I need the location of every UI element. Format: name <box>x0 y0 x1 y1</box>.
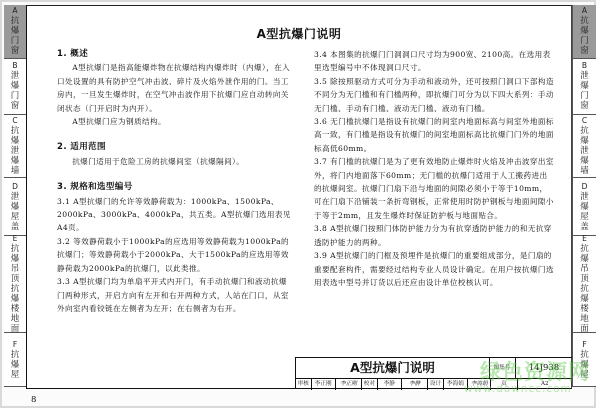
chapter-tab-char: 门 <box>11 36 20 46</box>
chapter-tab-char: 泄 <box>580 192 589 202</box>
chapter-tab-char: 顶 <box>11 274 20 284</box>
chapter-tab-char: 楼 <box>580 304 589 314</box>
chapter-tab-char: 窗 <box>580 46 589 56</box>
clause-3-5: 3.5 除按照驱动方式可分为手动和液动外，还可按照门洞口下部构造不同分为无门槛和… <box>314 75 554 115</box>
section-3-heading: 3. 规格和选型编号 <box>57 181 294 194</box>
chapter-tab-char: 门 <box>580 36 589 46</box>
chapter-tab-char: 爆 <box>11 136 20 146</box>
right-chapter-tabs: A抗爆门窗B泄爆门窗C抗爆泄爆墙D泄爆屋盖E抗爆吊顶抗爆楼地面F抗爆屋 <box>572 5 596 387</box>
chapter-tab-char: 爆 <box>580 26 589 36</box>
chapter-tab-char: 盖 <box>580 222 589 232</box>
chapter-tab-char: 抗 <box>11 244 20 254</box>
chapter-tab-char: 爆 <box>580 254 589 264</box>
chapter-tab-char: 爆 <box>11 254 20 264</box>
watermark-logo: 绿色资源网 <box>480 356 596 386</box>
chapter-tab-letter: D <box>12 182 18 192</box>
chapter-tab-char: 盖 <box>11 222 20 232</box>
chapter-tab-e[interactable]: E抗爆吊顶抗爆楼地面 <box>4 236 26 333</box>
chapter-tab-letter: B <box>582 61 587 71</box>
chapter-tab-letter: D <box>582 182 588 192</box>
clause-3-9: 3.9 A型抗爆门的门框及预埋件是抗爆门的重要组成部分，是门扇的重要配套构件，需… <box>314 249 554 289</box>
chapter-tab-char: 爆 <box>580 156 589 166</box>
chapter-tab-char: 屋 <box>11 370 20 380</box>
chapter-tab-char: 抗 <box>580 244 589 254</box>
chapter-tab-letter: E <box>582 234 587 244</box>
chapter-tab-char: 泄 <box>11 71 20 81</box>
chapter-tab-char: 泄 <box>11 192 20 202</box>
chapter-tab-char: 抗 <box>580 284 589 294</box>
chapter-tab-char: 吊 <box>580 264 589 274</box>
chapter-tab-letter: E <box>13 234 18 244</box>
section-2-paragraph: 抗爆门适用于危险工房的抗爆间室（抗爆隔间）。 <box>57 155 294 168</box>
right-text-column: 3.4 本图集的抗爆门门洞洞口尺寸均为900宽、2100高。在选用表里选型编号中… <box>314 48 554 289</box>
chapter-tab-a[interactable]: A抗爆门窗 <box>573 5 596 59</box>
title-block-title: A型抗爆门说明 <box>296 358 490 378</box>
chapter-tab-char: 爆 <box>11 81 20 91</box>
chapter-tab-letter: F <box>13 340 17 350</box>
chapter-tab-char: 窗 <box>11 46 20 56</box>
chapter-tab-char: 门 <box>580 91 589 101</box>
chapter-tab-char: 抗 <box>11 126 20 136</box>
chapter-tab-letter: C <box>12 116 17 126</box>
review-signature: 李正刚 <box>336 379 362 390</box>
chapter-tab-char: 地 <box>580 314 589 324</box>
chapter-tab-c[interactable]: C抗爆泄爆墙 <box>4 115 26 179</box>
chapter-tab-char: 楼 <box>11 304 20 314</box>
chapter-tab-char: 墙 <box>11 166 20 176</box>
chapter-tab-f[interactable]: F抗爆屋 <box>4 333 26 387</box>
chapter-tab-char: 抗 <box>11 284 20 294</box>
chapter-tab-d[interactable]: D泄爆屋盖 <box>4 178 26 236</box>
left-text-column: 1. 概述 A型抗爆门是指高能爆炸物在抗爆结构内爆炸时（内爆），在入口处设置的具… <box>57 48 294 315</box>
chapter-tab-letter: C <box>582 116 587 126</box>
page-title: A型抗爆门说明 <box>27 25 571 42</box>
clause-3-3: 3.3 A型抗爆门均为单扇平开式内开门，有手动抗爆门和液动抗爆门两种形式，开启方… <box>57 275 294 315</box>
chapter-tab-char: 爆 <box>580 81 589 91</box>
chapter-tab-char: 抗 <box>580 126 589 136</box>
chapter-tab-char: 屋 <box>11 212 20 222</box>
clause-3-6: 3.6 无门槛抗爆门是指设有抗爆门的间室内地面标高与间室外地面标高一致，有门槛是… <box>314 115 554 155</box>
clause-3-4: 3.4 本图集的抗爆门门洞洞口尺寸均为900宽、2100高。在选用表里选型编号中… <box>314 48 554 75</box>
chapter-tab-char: 门 <box>11 91 20 101</box>
section-1-paragraph-2: A型抗爆门应为钢质结构。 <box>57 115 294 128</box>
chapter-tab-char: 屋 <box>580 212 589 222</box>
review-name: 李正刚 <box>312 379 336 390</box>
section-1-heading: 1. 概述 <box>57 48 294 61</box>
chapter-tab-e[interactable]: E抗爆吊顶抗爆楼地面 <box>573 236 596 333</box>
chapter-tab-char: 爆 <box>580 136 589 146</box>
chapter-tab-char: 顶 <box>580 274 589 284</box>
section-2-heading: 2. 适用范围 <box>57 141 294 154</box>
chapter-tab-char: 爆 <box>11 294 20 304</box>
chapter-tab-char: 窗 <box>580 101 589 111</box>
chapter-tab-d[interactable]: D泄爆屋盖 <box>573 178 596 236</box>
chapter-tab-char: 地 <box>11 314 20 324</box>
drawing-sheet: A抗爆门窗B泄爆门窗C抗爆泄爆墙D泄爆屋盖E抗爆吊顶抗爆楼地面F抗爆屋 A型抗爆… <box>2 2 594 406</box>
chapter-tab-char: 爆 <box>11 360 20 370</box>
chapter-tab-char: 爆 <box>580 294 589 304</box>
clause-3-1: 3.1 A型抗爆门的允许等效静荷载为：1000kPa、1500kPa、2000k… <box>57 195 294 235</box>
page-number: 8 <box>31 395 36 405</box>
check-signature: 李静 <box>402 379 428 390</box>
check-name: 李静 <box>378 379 402 390</box>
chapter-tab-char: 墙 <box>580 166 589 176</box>
chapter-tab-a[interactable]: A抗爆门窗 <box>4 5 26 59</box>
chapter-tab-letter: B <box>12 61 17 71</box>
section-1-paragraph-1: A型抗爆门是指高能爆炸物在抗爆结构内爆炸时（内爆），在入口处设置的具有防护空气冲… <box>57 61 294 115</box>
chapter-tab-char: 爆 <box>580 202 589 212</box>
chapter-tab-letter: F <box>582 340 586 350</box>
chapter-tab-b[interactable]: B泄爆门窗 <box>573 59 596 115</box>
chapter-tab-c[interactable]: C抗爆泄爆墙 <box>573 115 596 179</box>
chapter-tab-char: 爆 <box>11 202 20 212</box>
chapter-tab-b[interactable]: B泄爆门窗 <box>4 59 26 115</box>
chapter-tab-letter: A <box>12 6 17 16</box>
drawing-frame: A型抗爆门说明 1. 概述 A型抗爆门是指高能爆炸物在抗爆结构内爆炸时（内爆），… <box>26 5 572 389</box>
clause-3-7: 3.7 有门槛的抗爆门是为了更有效地防止爆炸时火焰及冲击波穿出室外，将门内地面落… <box>314 155 554 222</box>
watermark-url: www.downcc.com <box>464 383 572 395</box>
chapter-tab-char: 泄 <box>11 146 20 156</box>
chapter-tab-char: 抗 <box>11 350 20 360</box>
chapter-tab-char: 泄 <box>580 146 589 156</box>
check-label: 校对 <box>362 379 378 390</box>
review-label: 审核 <box>296 379 312 390</box>
chapter-tab-char: 泄 <box>580 71 589 81</box>
clause-3-8: 3.8 A型抗爆门按照门体防护能力分为有抗穿透防护能力的和无抗穿透防护能力的两种… <box>314 222 554 249</box>
chapter-tab-char: 抗 <box>580 16 589 26</box>
chapter-tab-letter: A <box>582 6 587 16</box>
design-label: 设计 <box>428 379 444 390</box>
left-chapter-tabs: A抗爆门窗B泄爆门窗C抗爆泄爆墙D泄爆屋盖E抗爆吊顶抗爆楼地面F抗爆屋 <box>4 5 27 387</box>
chapter-tab-char: 爆 <box>11 26 20 36</box>
chapter-tab-char: 窗 <box>11 101 20 111</box>
clause-3-2: 3.2 等效静荷载小于1000kPa的应选用等效静荷载为1000kPa的抗爆门；… <box>57 235 294 275</box>
chapter-tab-char: 抗 <box>11 16 20 26</box>
chapter-tab-char: 吊 <box>11 264 20 274</box>
chapter-tab-char: 爆 <box>11 156 20 166</box>
